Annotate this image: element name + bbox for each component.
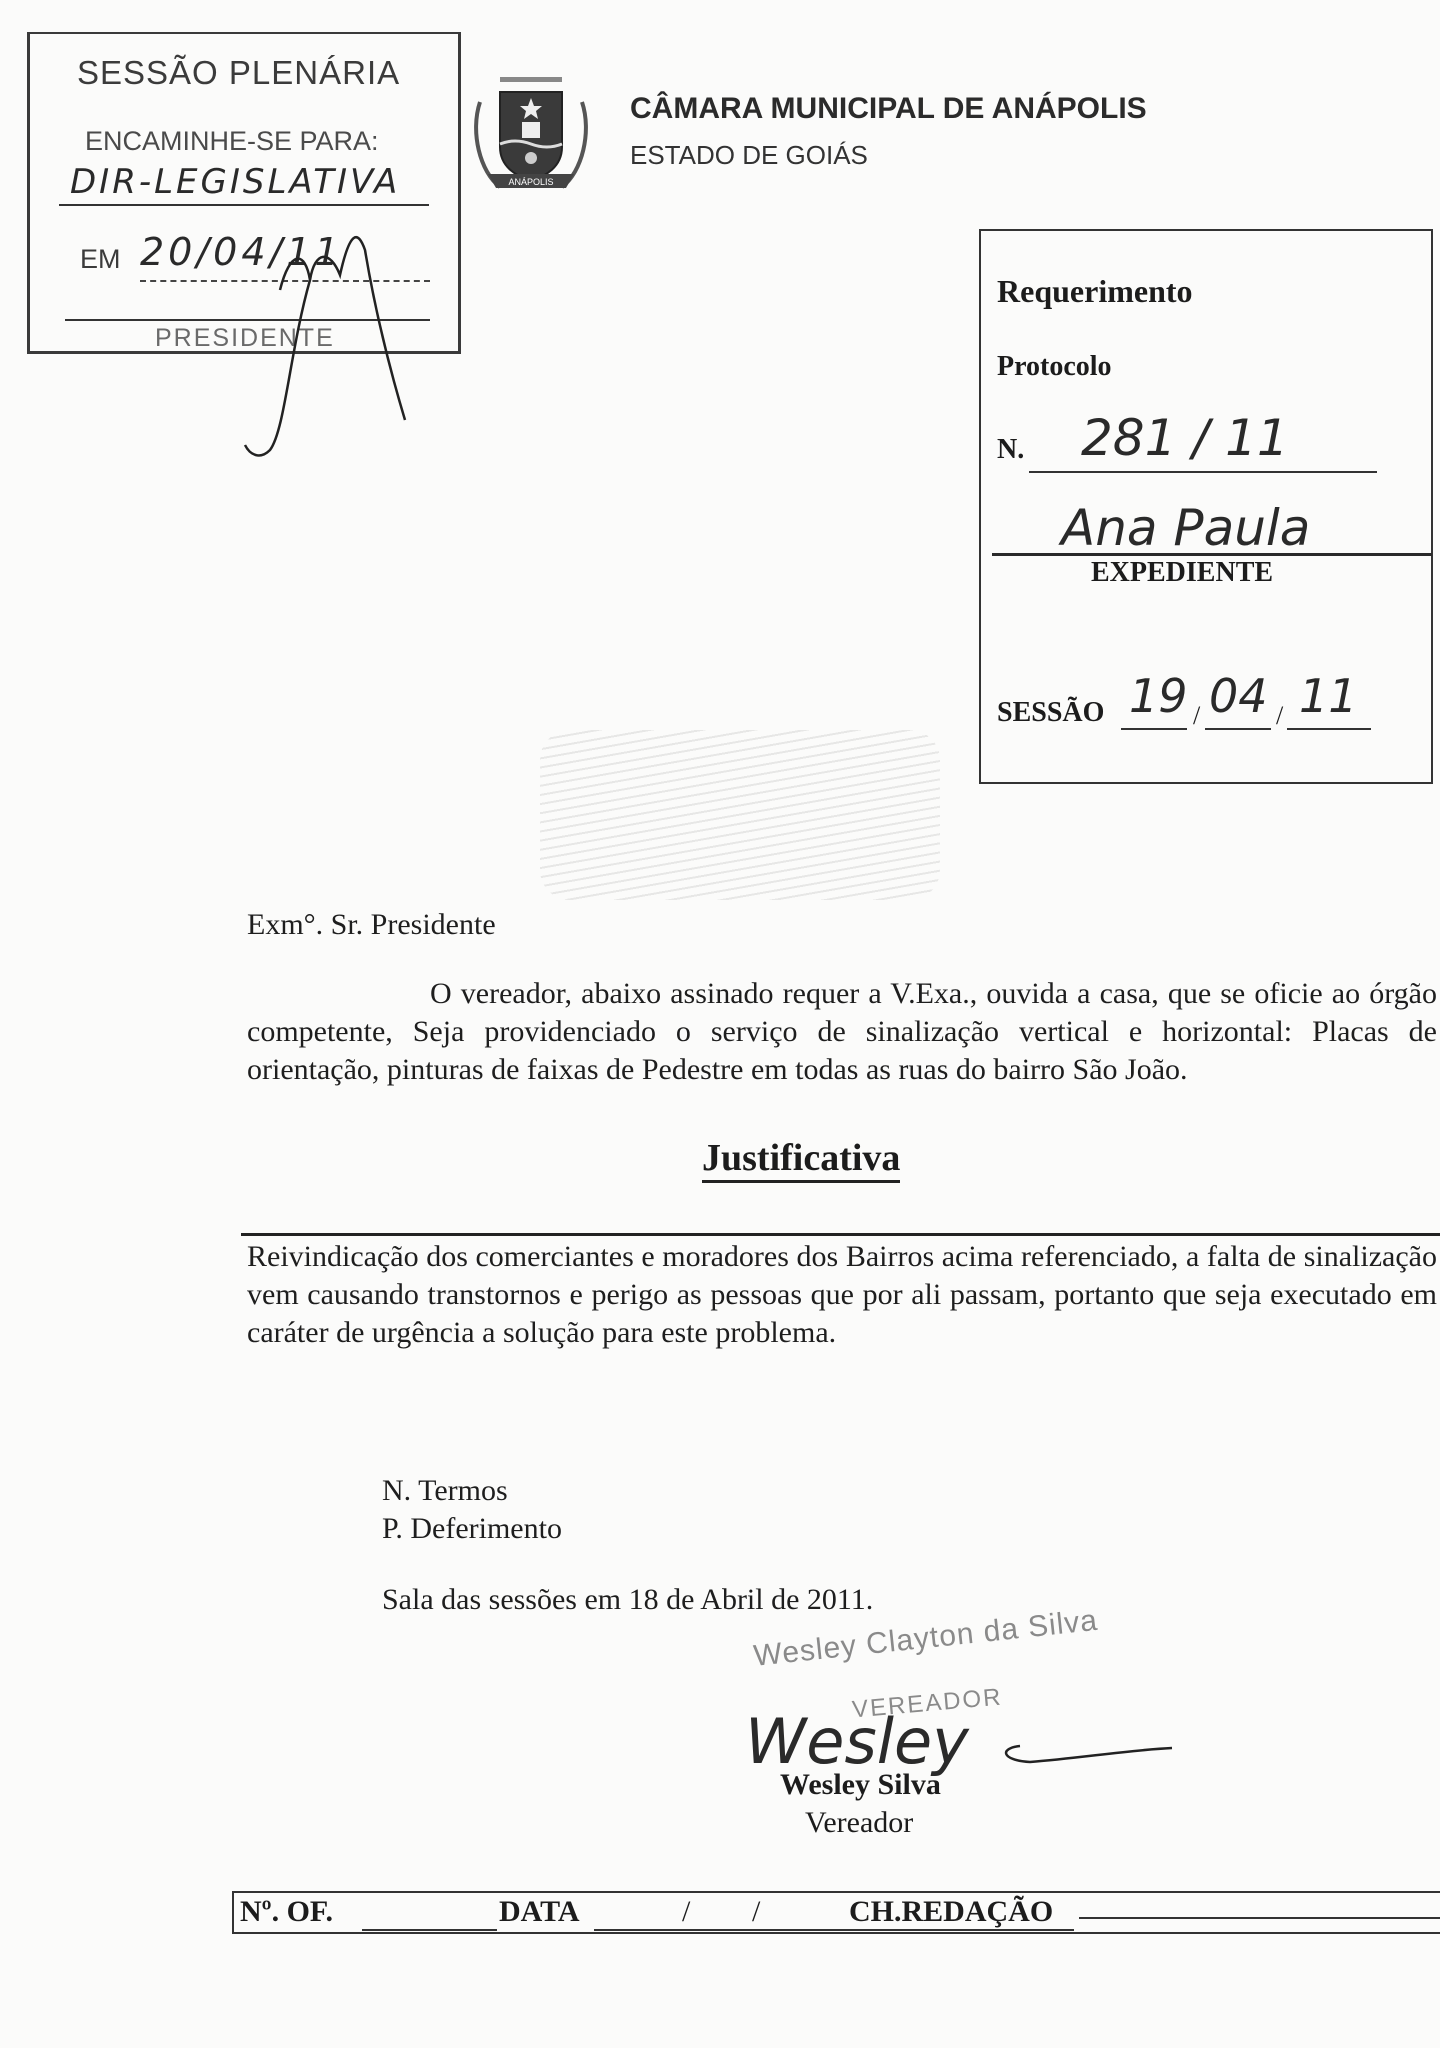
expediente-label: EXPEDIENTE (1091, 557, 1273, 589)
svg-text:ANÁPOLIS: ANÁPOLIS (508, 177, 553, 187)
session-year: 11 (1299, 669, 1358, 723)
session-sep-1: / (1193, 701, 1200, 731)
councilor-name: Wesley Silva (780, 1768, 941, 1802)
stamp-forward-value: DIR-LEGISLATIVA (70, 162, 400, 202)
office-number-line (362, 1929, 497, 1931)
stamp-forward-line (59, 204, 429, 206)
chamber-state: ESTADO DE GOIÁS (630, 140, 868, 171)
redaction-line (1079, 1917, 1440, 1919)
session-day: 19 (1129, 669, 1188, 723)
president-signature-icon (230, 230, 430, 470)
protocol-label: Protocolo (997, 351, 1112, 383)
stamp-date-label: EM (80, 244, 121, 275)
councilor-role: Vereador (805, 1806, 913, 1840)
closing-deferment: P. Deferimento (382, 1510, 562, 1548)
chamber-title: CÂMARA MUNICIPAL DE ANÁPOLIS (630, 92, 1147, 126)
stamp-title: SESSÃO PLENÁRIA (77, 54, 400, 92)
request-text: O vereador, abaixo assinado requer a V.E… (247, 977, 1437, 1086)
salutation: Exm°. Sr. Presidente (247, 906, 496, 944)
request-paragraph: O vereador, abaixo assinado requer a V.E… (247, 975, 1437, 1089)
redaction-label: CH.REDAÇÃO (849, 1895, 1053, 1929)
footer-date-line (594, 1929, 1074, 1931)
session-month-line (1205, 728, 1271, 730)
footer-date-label: DATA (499, 1895, 580, 1929)
session-year-line (1287, 728, 1371, 730)
justification-heading: Justificativa (702, 1136, 900, 1183)
session-label: SESSÃO (997, 697, 1104, 729)
office-record-footer: Nº. OF. DATA / / CH.REDAÇÃO (232, 1891, 1440, 1934)
protocol-number-value: 281 / 11 (1081, 409, 1289, 467)
coat-of-arms-icon: ANÁPOLIS (470, 62, 592, 200)
session-day-line (1121, 728, 1187, 730)
office-number-label: Nº. OF. (240, 1895, 333, 1929)
expediente-line (992, 553, 1432, 556)
stamp-forward-label: ENCAMINHE-SE PARA: (85, 126, 379, 157)
justification-rule (241, 1233, 1440, 1236)
place-and-date: Sala das sessões em 18 de Abril de 2011. (382, 1581, 873, 1619)
clerk-signature: Ana Paula (1061, 499, 1310, 557)
signature-flourish-icon (1000, 1740, 1175, 1770)
bleed-through-smudge (540, 730, 940, 900)
footer-date-sep-2: / (752, 1895, 760, 1929)
footer-date-sep-1: / (682, 1895, 690, 1929)
protocol-number-label: N. (997, 434, 1024, 466)
justification-paragraph: Reivindicação dos comerciantes e morador… (247, 1238, 1437, 1352)
protocol-number-line (1029, 471, 1377, 473)
session-sep-2: / (1276, 701, 1283, 731)
request-type-label: Requerimento (997, 273, 1193, 310)
closing-terms: N. Termos (382, 1472, 508, 1510)
protocol-box: Requerimento Protocolo N. 281 / 11 Ana P… (979, 229, 1433, 784)
session-month: 04 (1209, 669, 1268, 723)
